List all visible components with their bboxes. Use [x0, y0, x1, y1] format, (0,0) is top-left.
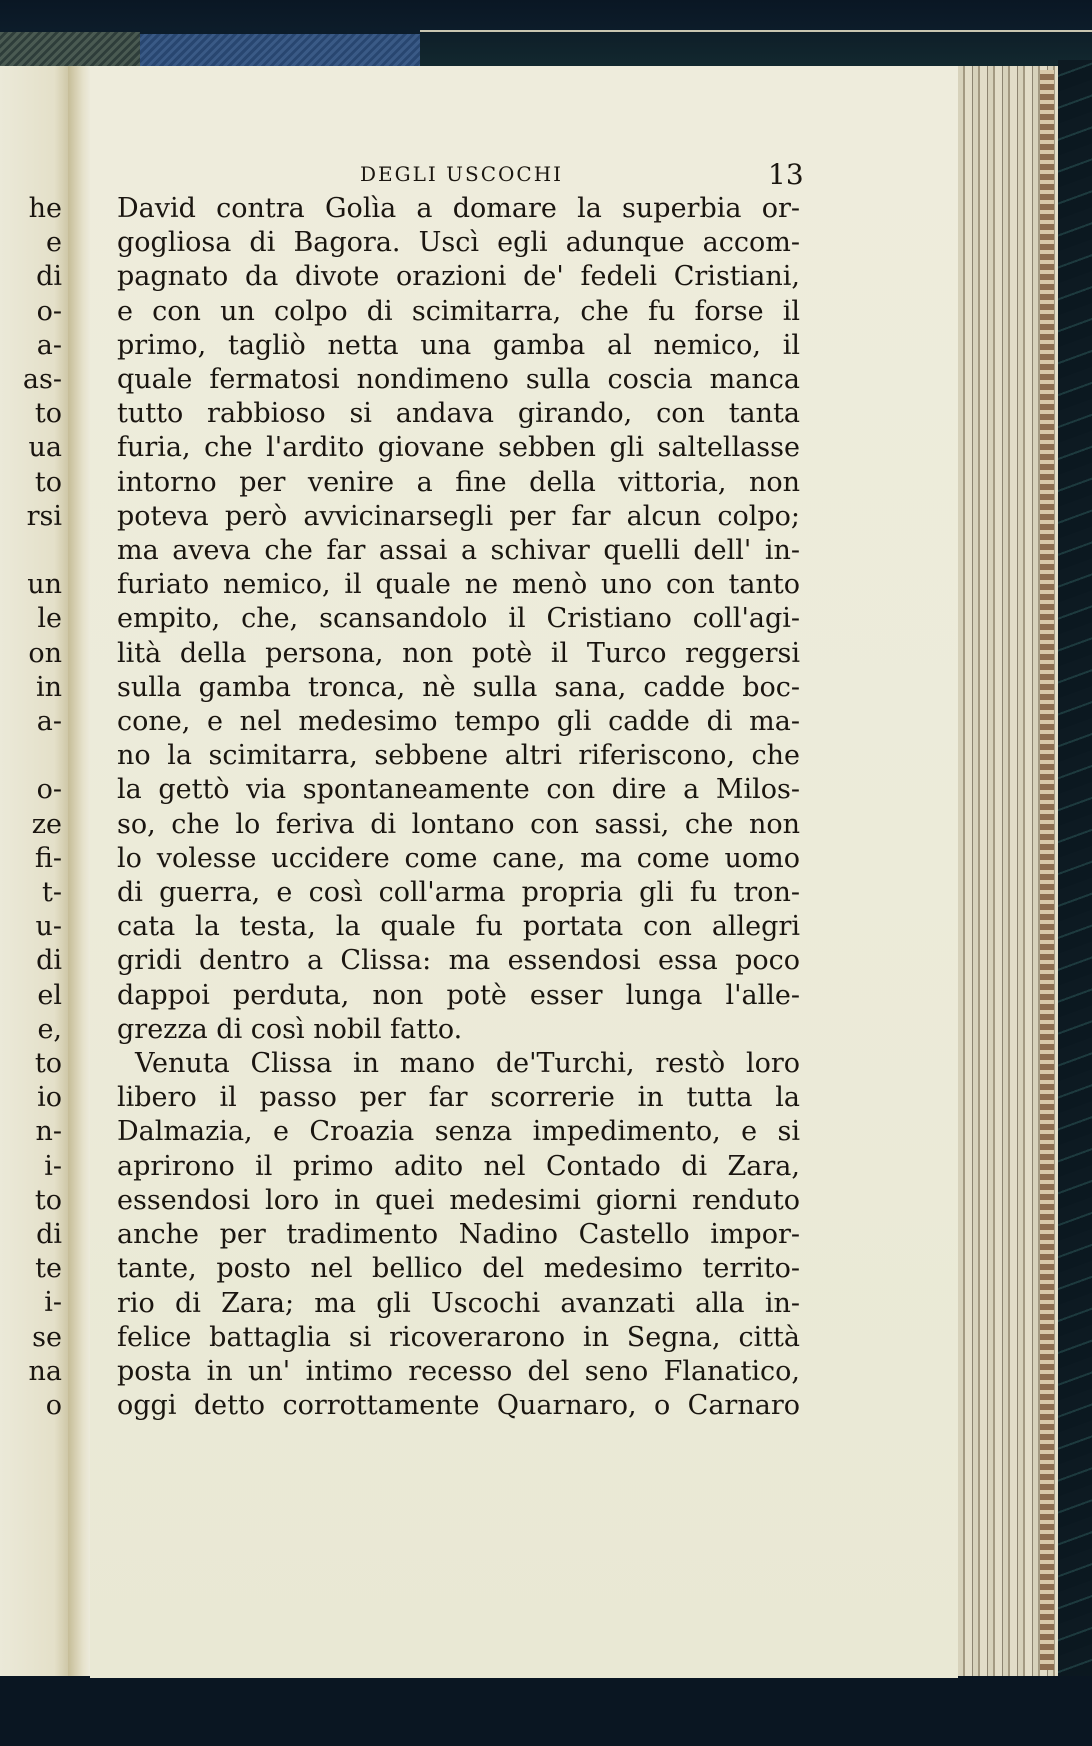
- text-line: ma aveva che far assai a schivar quelli …: [117, 534, 800, 568]
- left-page-fragment: e: [46, 226, 62, 260]
- text-line: rio di Zara; ma gli Uscochi avanzati all…: [117, 1287, 800, 1321]
- left-page-fragment: o-: [37, 295, 62, 329]
- text-line: tante, posto nel bellico del medesimo te…: [117, 1252, 800, 1286]
- running-head: DEGLI USCOCHI: [360, 162, 563, 186]
- left-page-fragment: o: [46, 1389, 62, 1423]
- text-line: empito, che, scansandolo il Cristiano co…: [117, 602, 800, 636]
- body-text: David contra Golìa a domare la superbia …: [117, 192, 800, 1423]
- marbled-cover-right: [1058, 60, 1092, 1700]
- text-line: cata la testa, la quale fu portata con a…: [117, 910, 800, 944]
- text-line: furiato nemico, il quale ne menò uno con…: [117, 568, 800, 602]
- text-line: furia, che l'ardito giovane sebben gli s…: [117, 431, 800, 465]
- left-page-fragment: to: [35, 1184, 62, 1218]
- left-page-fragment: di: [36, 260, 62, 294]
- text-line: anche per tradimento Nadino Castello imp…: [117, 1218, 800, 1252]
- text-line: Dalmazia, e Croazia senza impedimento, e…: [117, 1115, 800, 1149]
- text-line: pagnato da divote orazioni de' fedeli Cr…: [117, 260, 800, 294]
- text-line: gogliosa di Bagora. Uscì egli adunque ac…: [117, 226, 800, 260]
- text-line: e con un colpo di scimitarra, che fu for…: [117, 295, 800, 329]
- left-page-fragment: rsi: [27, 500, 62, 534]
- text-line: primo, tagliò netta una gamba al nemico,…: [117, 329, 800, 363]
- text-line: no la scimitarra, sebbene altri riferisc…: [117, 739, 800, 773]
- text-line: tutto rabbioso si andava girando, con ta…: [117, 397, 800, 431]
- left-page-fragment: to: [35, 1047, 62, 1081]
- left-page-fragment: in: [36, 671, 62, 705]
- text-line: libero il passo per far scorrerie in tut…: [117, 1081, 800, 1115]
- left-page-fragment: u-: [35, 910, 62, 944]
- left-page-fragment: e,: [37, 1013, 62, 1047]
- left-page-fragment: io: [37, 1081, 62, 1115]
- text-line: cone, e nel medesimo tempo gli cadde di …: [117, 705, 800, 739]
- left-page-fragment: te: [35, 1252, 62, 1286]
- left-page-fragment: di: [36, 1218, 62, 1252]
- left-page-fragment: na: [29, 1355, 63, 1389]
- left-page-fragment: ua: [29, 431, 63, 465]
- text-line: intorno per venire a fine della vittoria…: [117, 466, 800, 500]
- left-page-fragment: el: [37, 979, 62, 1013]
- left-page-fragment: a-: [37, 329, 62, 363]
- text-line: essendosi loro in quei medesimi giorni r…: [117, 1184, 800, 1218]
- left-page-fragment: a-: [37, 705, 62, 739]
- text-line: sulla gamba tronca, nè sulla sana, cadde…: [117, 671, 800, 705]
- left-page-fragment: ze: [32, 808, 62, 842]
- page-gutter: [68, 66, 90, 1676]
- left-page-fragment: on: [28, 637, 62, 671]
- page-number: 13: [768, 158, 804, 191]
- text-line: la gettò via spontaneamente con dire a M…: [117, 773, 800, 807]
- text-line: di guerra, e così coll'arma propria gli …: [117, 876, 800, 910]
- left-page-fragment: i-: [44, 1150, 62, 1184]
- text-line: poteva però avvicinarsegli per far alcun…: [117, 500, 800, 534]
- text-line: felice battaglia si ricoverarono in Segn…: [117, 1321, 800, 1355]
- left-page-fragment: he: [29, 192, 62, 226]
- left-page-fragment: se: [32, 1321, 62, 1355]
- text-line: lo volesse uccidere come cane, ma come u…: [117, 842, 800, 876]
- left-page-fragment: to: [35, 466, 62, 500]
- left-page-edge: heedio-a-as-touatorsiunleonina-o-zefi-t-…: [0, 66, 68, 1676]
- left-page-fragment: to: [35, 397, 62, 431]
- left-page-fragment: i-: [44, 1286, 62, 1320]
- left-page-fragment: di: [36, 944, 62, 978]
- left-page-fragment: n-: [35, 1115, 62, 1149]
- text-line: lità della persona, non potè il Turco re…: [117, 637, 800, 671]
- left-page-fragment: le: [37, 602, 62, 636]
- left-page-fragment: t-: [42, 876, 62, 910]
- text-line: so, che lo feriva di lontano con sassi, …: [117, 808, 800, 842]
- left-page-fragment: un: [27, 568, 62, 602]
- left-page-fragment: o-: [37, 773, 62, 807]
- left-page-fragment: fi-: [35, 842, 62, 876]
- text-line-paragraph-end: grezza di così nobil fatto.: [117, 1013, 800, 1047]
- text-line: dappoi perduta, non potè esser lunga l'a…: [117, 979, 800, 1013]
- text-line: aprirono il primo adito nel Contado di Z…: [117, 1150, 800, 1184]
- text-line: David contra Golìa a domare la superbia …: [117, 192, 800, 226]
- text-line: quale fermatosi nondimeno sulla coscia m…: [117, 363, 800, 397]
- book-cover-bottom: [0, 1676, 1092, 1746]
- left-page-fragment: as-: [23, 363, 62, 397]
- text-line: oggi detto corrottamente Quarnaro, o Car…: [117, 1389, 800, 1423]
- text-line: gridi dentro a Clissa: ma essendosi essa…: [117, 944, 800, 978]
- text-line: posta in un' intimo recesso del seno Fla…: [117, 1355, 800, 1389]
- cloth-binding-strip-dark: [0, 32, 140, 70]
- page-fore-edge: [1040, 70, 1054, 1670]
- text-line-paragraph-start: Venuta Clissa in mano de'Turchi, restò l…: [117, 1047, 800, 1081]
